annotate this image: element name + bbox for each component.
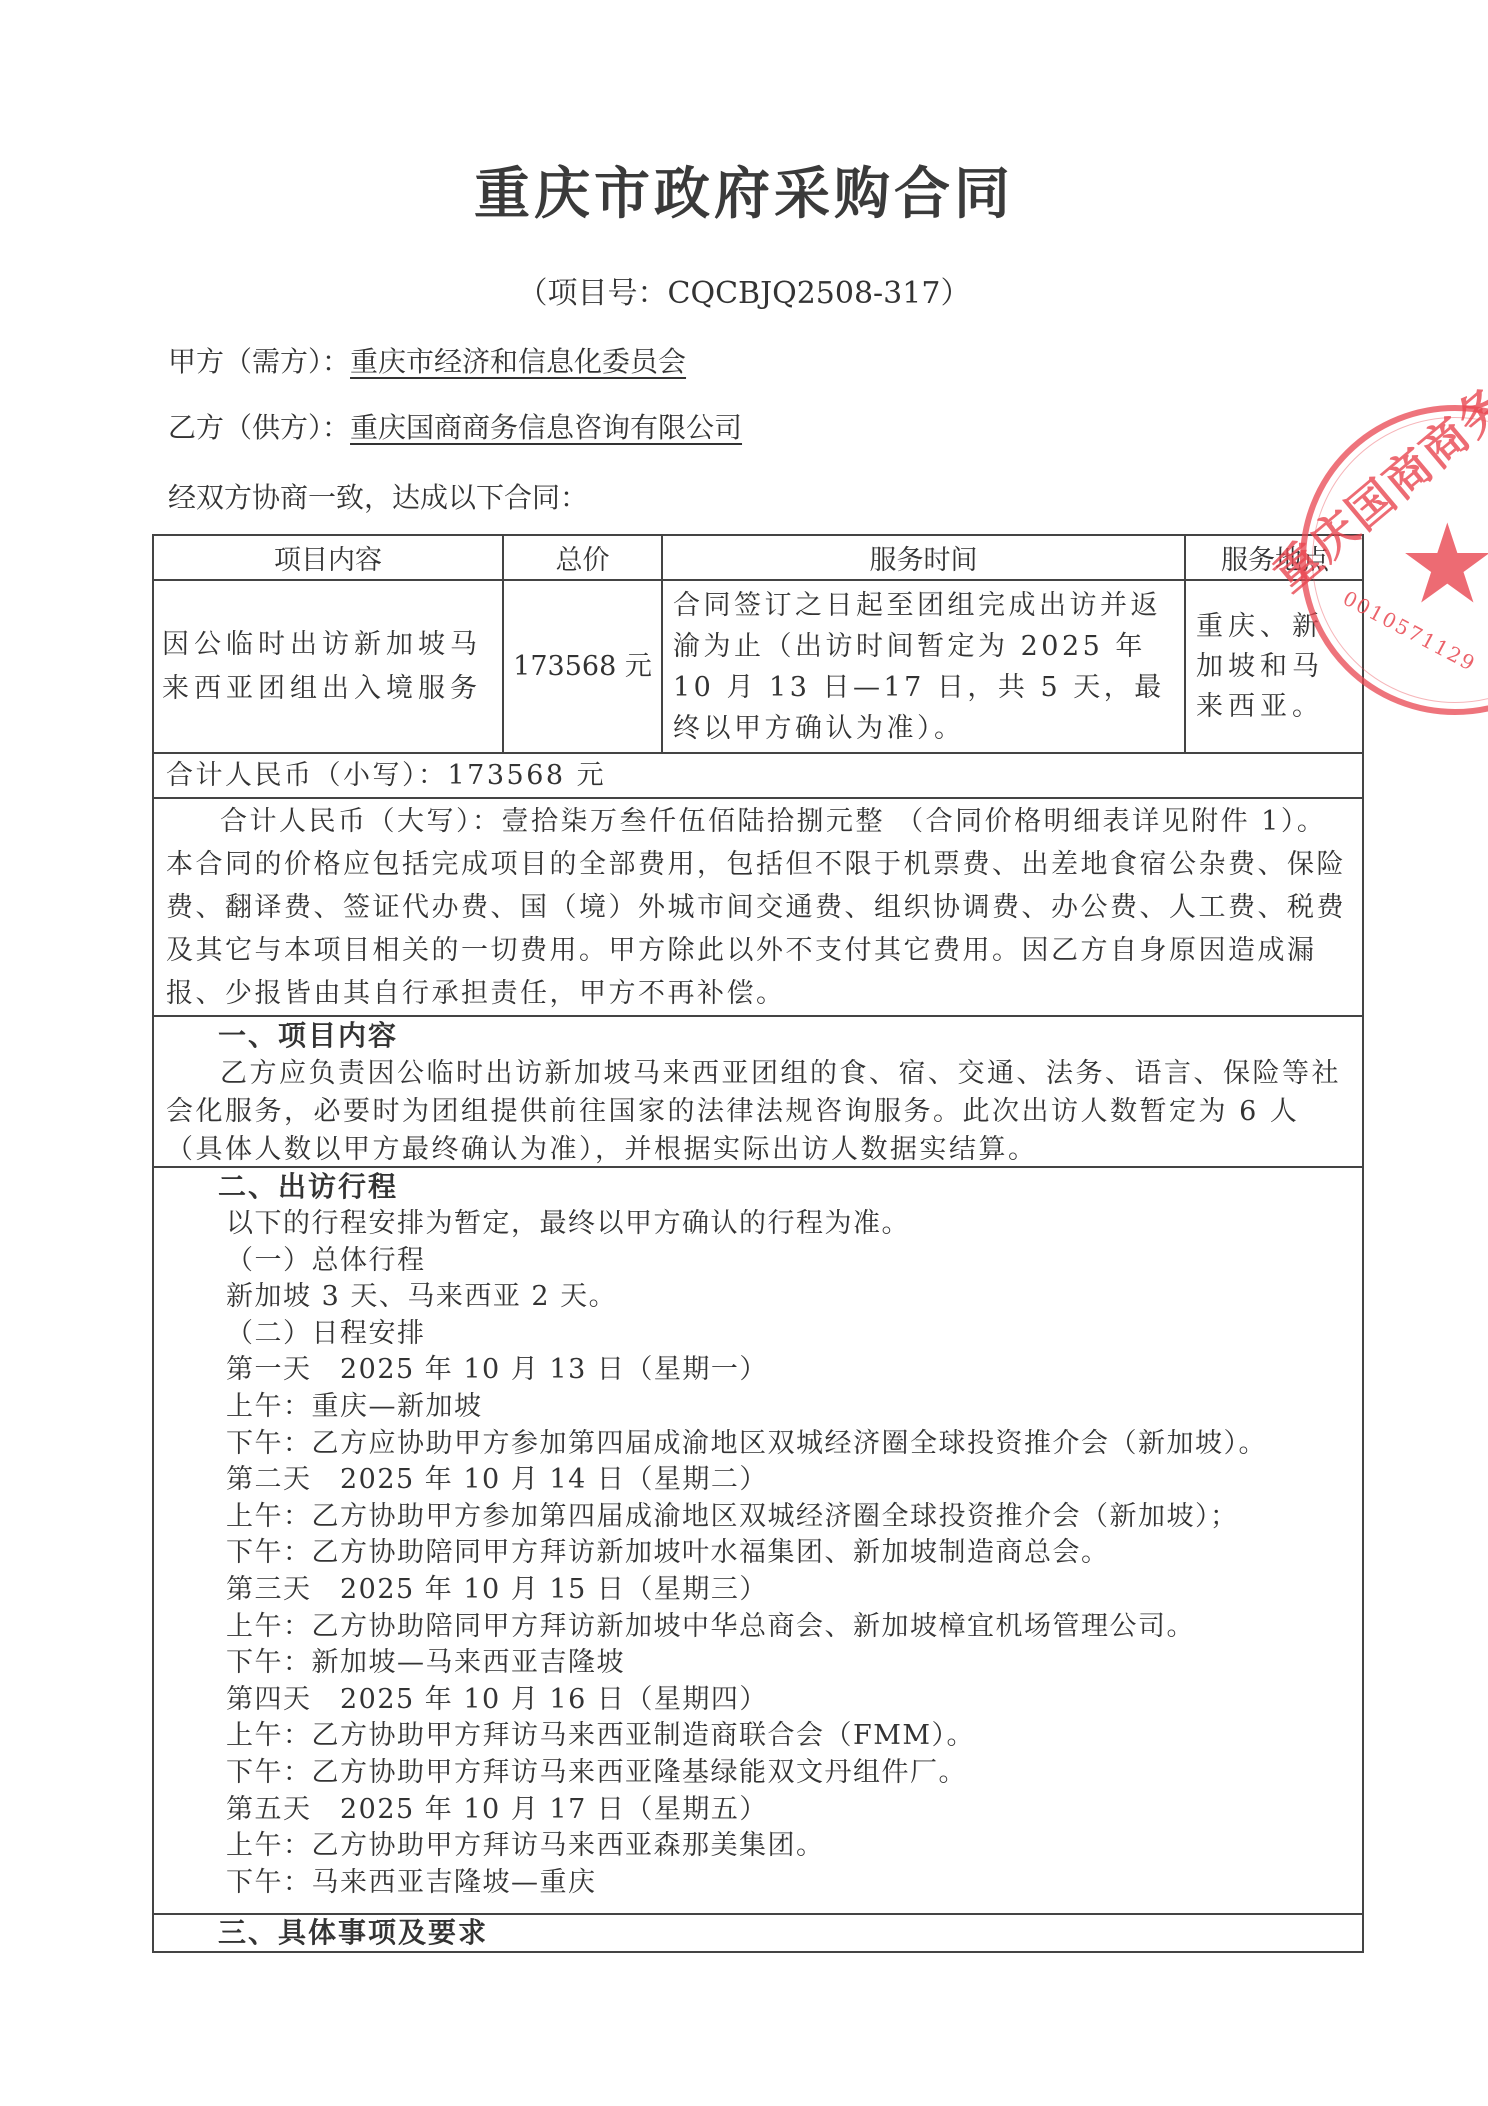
itinerary-line: 下午：新加坡—马来西亚吉隆坡 bbox=[154, 1645, 1362, 1682]
contract-table: 项目内容 总价 服务时间 服务地点 因公临时出访新加坡马来西亚团组出入境服务 1… bbox=[152, 534, 1364, 1953]
itinerary-line: 下午：乙方应协助甲方参加第四届成渝地区双城经济圈全球投资推介会（新加坡）。 bbox=[154, 1426, 1362, 1463]
section-project-content: 一、项目内容 乙方应负责因公临时出访新加坡马来西亚团组的食、宿、交通、法务、语言… bbox=[154, 1017, 1362, 1168]
itinerary-line: 下午：马来西亚吉隆坡—重庆 bbox=[154, 1865, 1362, 1902]
party-b-label: 乙方（供方）： bbox=[168, 411, 350, 444]
itinerary-line: 上午：乙方协助陪同甲方拜访新加坡中华总商会、新加坡樟宜机场管理公司。 bbox=[154, 1609, 1362, 1646]
header-service-time: 服务时间 bbox=[663, 536, 1186, 579]
section-1-heading: 一、项目内容 bbox=[154, 1017, 1362, 1055]
project-number: （项目号：CQCBJQ2508-317） bbox=[0, 268, 1488, 312]
itinerary-line: （一）总体行程 bbox=[154, 1243, 1362, 1280]
section-1-body: 乙方应负责因公临时出访新加坡马来西亚团组的食、宿、交通、法务、语言、保险等社会化… bbox=[154, 1055, 1362, 1169]
section-3-heading: 三、具体事项及要求 bbox=[154, 1915, 1362, 1951]
table-header-row: 项目内容 总价 服务时间 服务地点 bbox=[154, 536, 1362, 581]
header-content: 项目内容 bbox=[154, 536, 504, 579]
cell-price: 173568 元 bbox=[504, 581, 663, 752]
itinerary-line: 新加坡 3 天、马来西亚 2 天。 bbox=[154, 1279, 1362, 1316]
itinerary-line: 第五天 2025 年 10 月 17 日（星期五） bbox=[154, 1792, 1362, 1829]
cell-content: 因公临时出访新加坡马来西亚团组出入境服务 bbox=[154, 581, 504, 752]
total-small: 合计人民币（小写）：173568 元 bbox=[154, 754, 1362, 797]
section-requirements: 三、具体事项及要求 bbox=[154, 1915, 1362, 1953]
section-2-heading: 二、出访行程 bbox=[154, 1168, 1362, 1206]
itinerary-line: 第四天 2025 年 10 月 16 日（星期四） bbox=[154, 1682, 1362, 1719]
total-large-paragraph: 合计人民币（大写）：壹拾柒万叁仟伍佰陆拾捌元整 （合同价格明细表详见附件 1）。… bbox=[154, 799, 1362, 1015]
itinerary-line: 下午：乙方协助甲方拜访马来西亚隆基绿能双文丹组件厂。 bbox=[154, 1755, 1362, 1792]
party-a-value: 重庆市经济和信息化委员会 bbox=[350, 345, 686, 378]
table-row: 因公临时出访新加坡马来西亚团组出入境服务 173568 元 合同签订之日起至团组… bbox=[154, 581, 1362, 754]
star-icon: ★ bbox=[1398, 509, 1488, 619]
cell-service-time: 合同签订之日起至团组完成出访并返渝为止（出访时间暂定为 2025 年 10 月 … bbox=[663, 581, 1186, 752]
header-location: 服务地点 bbox=[1186, 536, 1364, 579]
itinerary-line: 下午：乙方协助陪同甲方拜访新加坡叶水福集团、新加坡制造商总会。 bbox=[154, 1535, 1362, 1572]
header-price: 总价 bbox=[504, 536, 663, 579]
itinerary-line: 上午：重庆—新加坡 bbox=[154, 1389, 1362, 1426]
itinerary-line: 上午：乙方协助甲方拜访马来西亚森那美集团。 bbox=[154, 1828, 1362, 1865]
party-b-value: 重庆国商商务信息咨询有限公司 bbox=[350, 411, 742, 444]
itinerary-line: 第三天 2025 年 10 月 15 日（星期三） bbox=[154, 1572, 1362, 1609]
itinerary-line: 第一天 2025 年 10 月 13 日（星期一） bbox=[154, 1352, 1362, 1389]
itinerary-line: 上午：乙方协助甲方拜访马来西亚制造商联合会（FMM）。 bbox=[154, 1718, 1362, 1755]
itinerary-line: 上午：乙方协助甲方参加第四届成渝地区双城经济圈全球投资推介会（新加坡）； bbox=[154, 1499, 1362, 1536]
itinerary-line: （二）日程安排 bbox=[154, 1316, 1362, 1353]
document-title: 重庆市政府采购合同 bbox=[0, 150, 1488, 230]
total-large-row: 合计人民币（大写）：壹拾柒万叁仟伍佰陆拾捌元整 （合同价格明细表详见附件 1）。… bbox=[154, 799, 1362, 1017]
party-a: 甲方（需方）：重庆市经济和信息化委员会 bbox=[168, 340, 686, 380]
intro-text: 经双方协商一致，达成以下合同： bbox=[168, 476, 588, 516]
party-a-label: 甲方（需方）： bbox=[168, 345, 350, 378]
itinerary-line: 以下的行程安排为暂定，最终以甲方确认的行程为准。 bbox=[154, 1206, 1362, 1243]
cell-location: 重庆、新加坡和马来西亚。 bbox=[1186, 581, 1364, 752]
total-small-row: 合计人民币（小写）：173568 元 bbox=[154, 754, 1362, 799]
itinerary-line: 第二天 2025 年 10 月 14 日（星期二） bbox=[154, 1462, 1362, 1499]
section-itinerary: 二、出访行程 以下的行程安排为暂定，最终以甲方确认的行程为准。 （一）总体行程 … bbox=[154, 1168, 1362, 1915]
party-b: 乙方（供方）：重庆国商商务信息咨询有限公司 bbox=[168, 406, 742, 446]
